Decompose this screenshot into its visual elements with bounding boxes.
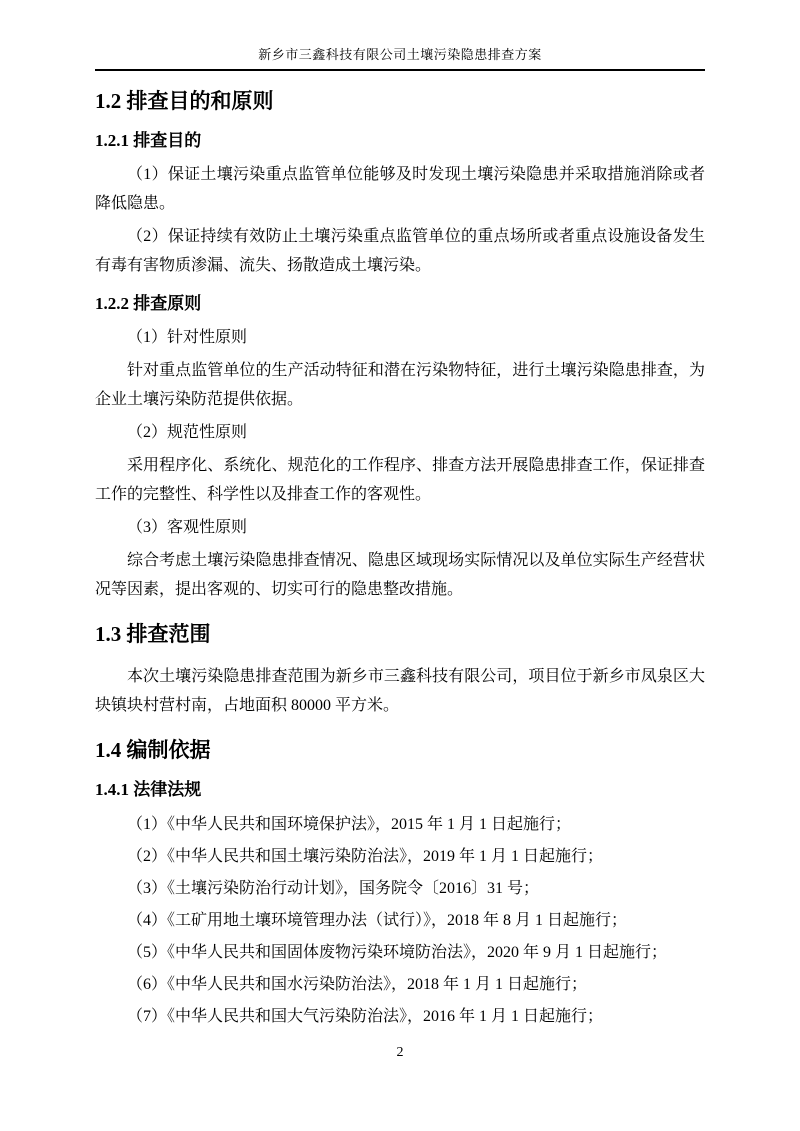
law-item: （7）《中华人民共和国大气污染防治法》，2016 年 1 月 1 日起施行； xyxy=(95,1001,705,1033)
principle-1-text: 针对重点监管单位的生产活动特征和潜在污染物特征，进行土壤污染隐患排查，为企业土壤… xyxy=(95,356,705,414)
heading-1-3: 1.3 排查范围 xyxy=(95,620,705,648)
principle-2-label: （2）规范性原则 xyxy=(95,418,705,447)
heading-1-2: 1.2 排查目的和原则 xyxy=(95,87,705,115)
principle-1-label: （1）针对性原则 xyxy=(95,323,705,352)
principle-3-text: 综合考虑土壤污染隐患排查情况、隐患区域现场实际情况以及单位实际生产经营状况等因素… xyxy=(95,546,705,604)
law-item: （6）《中华人民共和国水污染防治法》，2018 年 1 月 1 日起施行； xyxy=(95,969,705,1001)
principle-3-label: （3）客观性原则 xyxy=(95,513,705,542)
running-header-title: 新乡市三鑫科技有限公司土壤污染隐患排查方案 xyxy=(95,46,705,64)
law-item: （4）《工矿用地土壤环境管理办法（试行）》，2018 年 8 月 1 日起施行； xyxy=(95,905,705,937)
law-item: （2）《中华人民共和国土壤污染防治法》，2019 年 1 月 1 日起施行； xyxy=(95,841,705,873)
paragraph-purpose-1: （1）保证土壤污染重点监管单位能够及时发现土壤污染隐患并采取措施消除或者降低隐患… xyxy=(95,160,705,218)
heading-1-2-2: 1.2.2 排查原则 xyxy=(95,292,705,316)
law-item: （3）《土壤污染防治行动计划》，国务院令〔2016〕31 号； xyxy=(95,873,705,905)
document-page: 新乡市三鑫科技有限公司土壤污染隐患排查方案 1.2 排查目的和原则 1.2.1 … xyxy=(0,0,800,1131)
paragraph-purpose-2: （2）保证持续有效防止土壤污染重点监管单位的重点场所或者重点设施设备发生有毒有害… xyxy=(95,222,705,280)
page-number: 2 xyxy=(0,1044,800,1062)
law-item: （1）《中华人民共和国环境保护法》，2015 年 1 月 1 日起施行； xyxy=(95,809,705,841)
heading-1-2-1: 1.2.1 排查目的 xyxy=(95,129,705,153)
law-list: （1）《中华人民共和国环境保护法》，2015 年 1 月 1 日起施行； （2）… xyxy=(95,809,705,1033)
heading-1-4: 1.4 编制依据 xyxy=(95,736,705,764)
heading-1-4-1: 1.4.1 法律法规 xyxy=(95,778,705,802)
paragraph-scope: 本次土壤污染隐患排查范围为新乡市三鑫科技有限公司，项目位于新乡市凤泉区大块镇块村… xyxy=(95,662,705,720)
document-content: 新乡市三鑫科技有限公司土壤污染隐患排查方案 1.2 排查目的和原则 1.2.1 … xyxy=(0,0,800,1033)
running-header: 新乡市三鑫科技有限公司土壤污染隐患排查方案 xyxy=(95,46,705,71)
principle-2-text: 采用程序化、系统化、规范化的工作程序、排查方法开展隐患排查工作，保证排查工作的完… xyxy=(95,451,705,509)
header-rule-divider xyxy=(95,69,705,71)
law-item: （5）《中华人民共和国固体废物污染环境防治法》，2020 年 9 月 1 日起施… xyxy=(95,937,705,969)
